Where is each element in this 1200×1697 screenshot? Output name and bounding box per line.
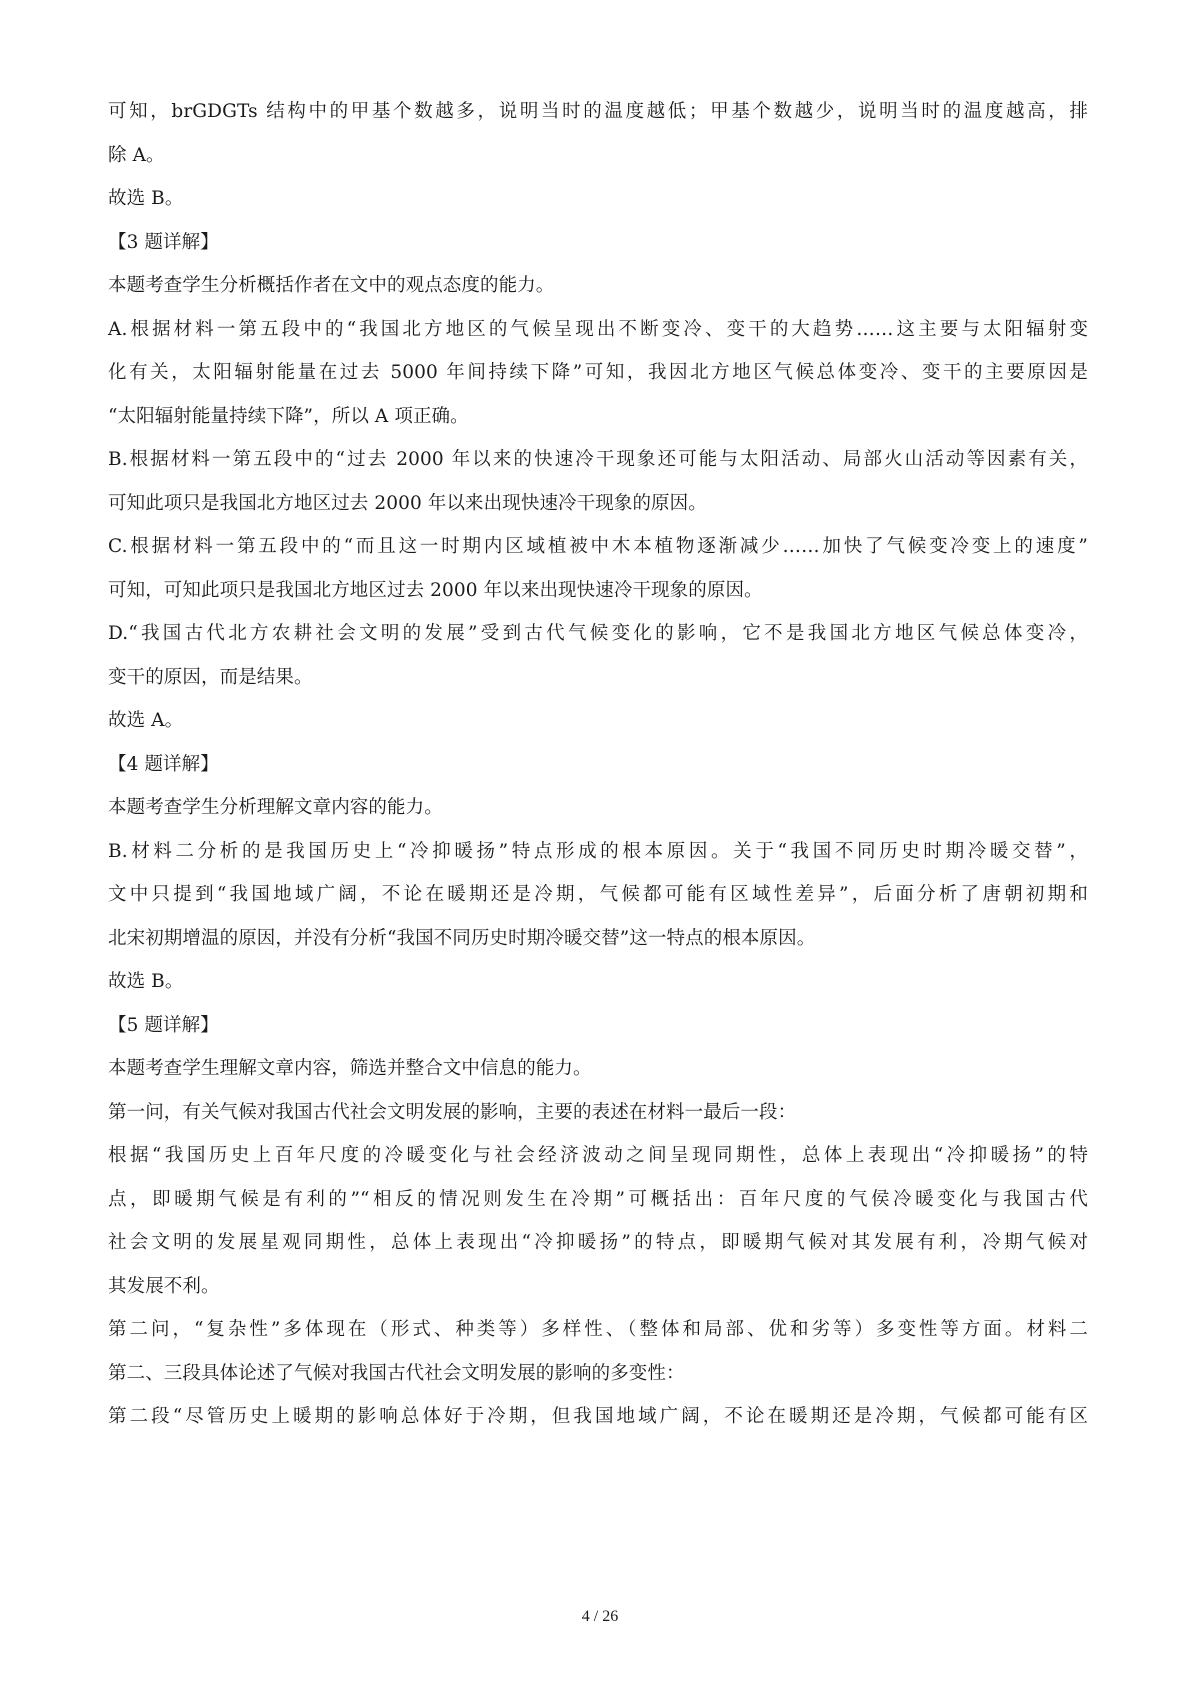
page-number: 4 / 26 — [0, 1608, 1200, 1626]
text-line: 文中只提到“我国地域广阔，不论在暖期还是冷期，气候都可能有区域性差异”，后面分析… — [108, 873, 1088, 917]
text-line: 第二段“尽管历史上暖期的影响总体好于冷期，但我国地域广阔，不论在暖期还是冷期，气… — [108, 1395, 1088, 1439]
text-line: 第二、三段具体论述了气候对我国古代社会文明发展的影响的多变性： — [108, 1352, 1088, 1396]
text-line: 可知，可知此项只是我国北方地区过去 2000 年以来出现快速冷干现象的原因。 — [108, 569, 1088, 613]
text-line: 可知，brGDGTs 结构中的甲基个数越多，说明当时的温度越低；甲基个数越少，说… — [108, 90, 1088, 134]
text-line: 本题考查学生分析理解文章内容的能力。 — [108, 786, 1088, 830]
text-line: D.“我国古代北方农耕社会文明的发展”受到古代气候变化的影响，它不是我国北方地区… — [108, 612, 1088, 656]
text-line: 本题考查学生分析概括作者在文中的观点态度的能力。 — [108, 264, 1088, 308]
text-line: 北宋初期增温的原因，并没有分析“我国不同历史时期冷暖交替”这一特点的根本原因。 — [108, 917, 1088, 961]
answer-line: 故选 B。 — [108, 177, 1088, 221]
text-line: 除 A。 — [108, 134, 1088, 178]
text-line: 第一问，有关气候对我国古代社会文明发展的影响，主要的表述在材料一最后一段： — [108, 1091, 1088, 1135]
text-line: C.根据材料一第五段中的“而且这一时期内区域植被中木本植物逐渐减少……加快了气候… — [108, 525, 1088, 569]
document-body: 可知，brGDGTs 结构中的甲基个数越多，说明当时的温度越低；甲基个数越少，说… — [108, 90, 1088, 1439]
text-line: 可知此项只是我国北方地区过去 2000 年以来出现快速冷干现象的原因。 — [108, 482, 1088, 526]
text-line: 根据“我国历史上百年尺度的冷暖变化与社会经济波动之间呈现同期性，总体上表现出“冷… — [108, 1134, 1088, 1178]
text-line: B.根据材料一第五段中的“过去 2000 年以来的快速冷干现象还可能与太阳活动、… — [108, 438, 1088, 482]
text-line: 本题考查学生理解文章内容，筛选并整合文中信息的能力。 — [108, 1047, 1088, 1091]
text-line: B.材料二分析的是我国历史上“冷抑暖扬”特点形成的根本原因。关于“我国不同历史时… — [108, 830, 1088, 874]
text-line: A.根据材料一第五段中的“我国北方地区的气候呈现出不断变冷、变干的大趋势……这主… — [108, 308, 1088, 352]
text-line: 社会文明的发展星观同期性，总体上表现出“冷抑暖扬”的特点，即暖期气候对其发展有利… — [108, 1221, 1088, 1265]
answer-line: 故选 A。 — [108, 699, 1088, 743]
text-line: 变干的原因，而是结果。 — [108, 656, 1088, 700]
text-line: 其发展不利。 — [108, 1265, 1088, 1309]
text-line: 化有关，太阳辐射能量在过去 5000 年间持续下降”可知，我因北方地区气候总体变… — [108, 351, 1088, 395]
text-line: “太阳辐射能量持续下降”，所以 A 项正确。 — [108, 395, 1088, 439]
section-heading: 【3 题详解】 — [108, 221, 1088, 265]
text-line: 第二问，“复杂性”多体现在（形式、种类等）多样性、（整体和局部、优和劣等）多变性… — [108, 1308, 1088, 1352]
answer-line: 故选 B。 — [108, 960, 1088, 1004]
section-heading: 【5 题详解】 — [108, 1004, 1088, 1048]
text-line: 点，即暖期气候是有利的”“相反的情况则发生在冷期”可概括出：百年尺度的气侯冷暖变… — [108, 1178, 1088, 1222]
section-heading: 【4 题详解】 — [108, 743, 1088, 787]
